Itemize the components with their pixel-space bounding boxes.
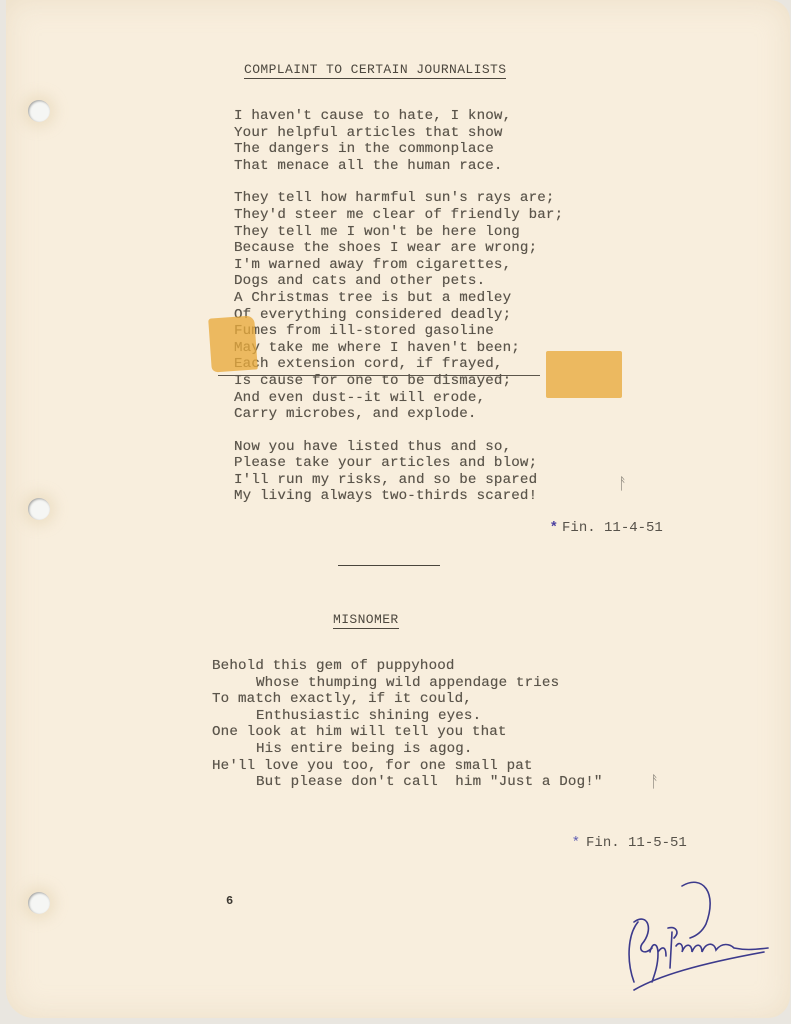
poem-line: I haven't cause to hate, I know, — [234, 108, 563, 125]
poem-line: Enthusiastic shining eyes. — [212, 708, 603, 725]
binder-hole-bottom — [28, 892, 50, 914]
poem-line: One look at him will tell you that — [212, 724, 603, 741]
poem-line: They'd steer me clear of friendly bar; — [234, 207, 563, 224]
section-divider — [338, 565, 440, 566]
poem-line: Of everything considered deadly; — [234, 307, 563, 324]
completion-date: Fin. 11-4-51 — [562, 520, 663, 536]
poem-line: But please don't call him "Just a Dog!" — [212, 774, 603, 791]
stanza: Now you have listed thus and so,Please t… — [234, 439, 563, 505]
poem-line: Dogs and cats and other pets. — [234, 273, 563, 290]
asterisk-icon: * — [550, 520, 558, 536]
poem-line: May take me where I haven't been; — [234, 340, 563, 357]
stanza: They tell how harmful sun's rays are;The… — [234, 190, 563, 422]
binder-hole-top — [28, 100, 50, 122]
poem-line: They tell how harmful sun's rays are; — [234, 190, 563, 207]
signature — [618, 872, 778, 1002]
binder-hole-middle — [28, 498, 50, 520]
page-number: 6 — [226, 894, 233, 908]
poem-line: The dangers in the commonplace — [234, 141, 563, 158]
poem2-completion-mark: *Fin. 11-5-51 — [538, 819, 687, 867]
poem-line: Carry microbes, and explode. — [234, 406, 563, 423]
typed-underline-rule — [218, 375, 540, 376]
pencil-mark-2: ᚨ — [650, 772, 660, 791]
poem-line: His entire being is agog. — [212, 741, 603, 758]
poem-line: My living always two-thirds scared! — [234, 488, 563, 505]
stanza: I haven't cause to hate, I know,Your hel… — [234, 108, 563, 174]
poem-line: To match exactly, if it could, — [212, 691, 603, 708]
completion-date: Fin. 11-5-51 — [586, 835, 687, 851]
poem-line: Now you have listed thus and so, — [234, 439, 563, 456]
poem-line: Because the shoes I wear are wrong; — [234, 240, 563, 257]
poem-line: That menace all the human race. — [234, 158, 563, 175]
poem-line: A Christmas tree is but a medley — [234, 290, 563, 307]
asterisk-icon: * — [572, 835, 580, 851]
poem-line: Each extension cord, if frayed, — [234, 356, 563, 373]
poem-line: Whose thumping wild appendage tries — [212, 675, 603, 692]
tape-right — [546, 351, 622, 398]
poem-line: They tell me I won't be here long — [234, 224, 563, 241]
pencil-mark-1: ᚨ — [618, 474, 628, 493]
poem-line: Behold this gem of puppyhood — [212, 658, 603, 675]
poem-line: Your helpful articles that show — [234, 125, 563, 142]
tape-left — [208, 315, 258, 372]
poem1-body: I haven't cause to hate, I know,Your hel… — [234, 108, 563, 521]
document-page: COMPLAINT TO CERTAIN JOURNALISTS I haven… — [6, 0, 790, 1018]
poem-line: He'll love you too, for one small pat — [212, 758, 603, 775]
poem-line: And even dust--it will erode, — [234, 390, 563, 407]
poem-line: Fumes from ill-stored gasoline — [234, 323, 563, 340]
poem1-title: COMPLAINT TO CERTAIN JOURNALISTS — [244, 62, 506, 79]
poem2-body: Behold this gem of puppyhoodWhose thumpi… — [212, 658, 603, 791]
poem-line: I'm warned away from cigarettes, — [234, 257, 563, 274]
poem-line: Please take your articles and blow; — [234, 455, 563, 472]
poem2-title: MISNOMER — [333, 612, 399, 629]
poem-line: I'll run my risks, and so be spared — [234, 472, 563, 489]
poem1-completion-mark: *Fin. 11-4-51 — [516, 504, 663, 552]
